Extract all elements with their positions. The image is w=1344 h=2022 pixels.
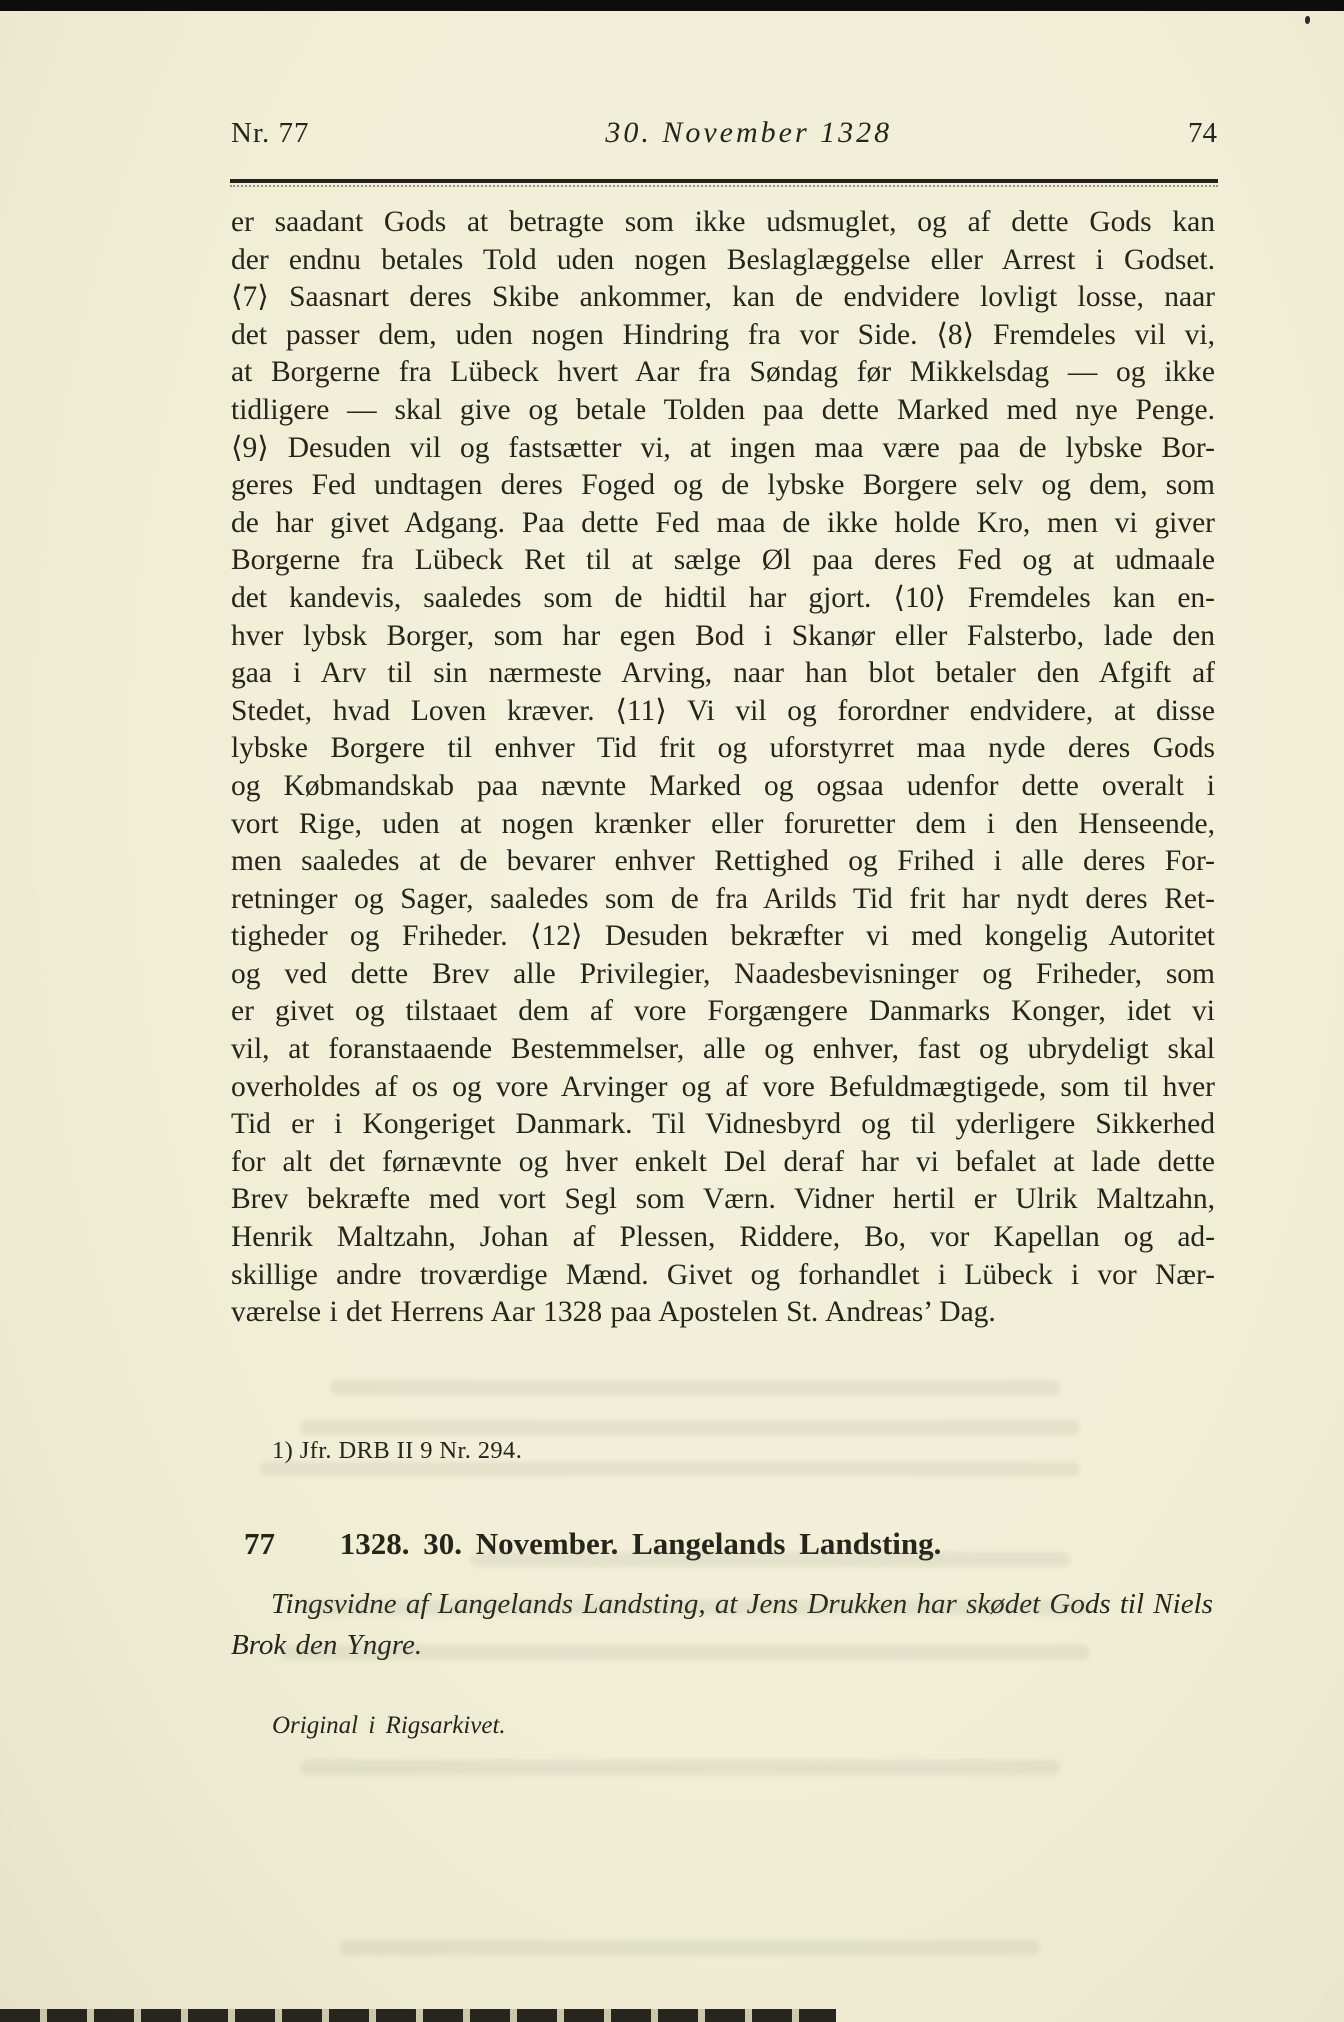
body-line: er saadant Gods at betragte som ikke uds… bbox=[231, 204, 1215, 242]
body-line: ⟨7⟩ Saasnart deres Skibe ankommer, kan d… bbox=[231, 279, 1215, 317]
body-line: der endnu betales Told uden nogen Beslag… bbox=[231, 242, 1215, 280]
body-line: tidligere — skal give og betale Tolden p… bbox=[231, 392, 1215, 430]
body-line: skillige andre troværdige Mænd. Givet og… bbox=[231, 1257, 1215, 1295]
body-line: overholdes af os og vore Arvinger og af … bbox=[231, 1069, 1215, 1107]
bleed-through-ghost bbox=[340, 1940, 1040, 1955]
body-line: Henrik Maltzahn, Johan af Plessen, Ridde… bbox=[231, 1219, 1215, 1257]
body-line: lybske Borgere til enhver Tid frit og uf… bbox=[231, 730, 1215, 768]
body-line: retninger og Sager, saaledes som de fra … bbox=[231, 881, 1215, 919]
body-line: hver lybsk Borger, som har egen Bod i Sk… bbox=[231, 618, 1215, 656]
bleed-through-ghost bbox=[300, 1420, 1080, 1435]
body-line: at Borgerne fra Lübeck hvert Aar fra Søn… bbox=[231, 354, 1215, 392]
body-line: det passer dem, uden nogen Hindring fra … bbox=[231, 317, 1215, 355]
bleed-through-ghost bbox=[330, 1380, 1060, 1395]
body-line: tigheder og Friheder. ⟨12⟩ Desuden bekræ… bbox=[231, 918, 1215, 956]
body-line: er givet og tilstaaet dem af vore Forgæn… bbox=[231, 993, 1215, 1031]
body-line: for alt det førnævnte og hver enkelt Del… bbox=[231, 1144, 1215, 1182]
running-header: Nr. 77 30. November 1328 74 bbox=[231, 116, 1217, 150]
body-line: de har givet Adgang. Paa dette Fed maa d… bbox=[231, 505, 1215, 543]
body-line: og ved dette Brev alle Privilegier, Naad… bbox=[231, 956, 1215, 994]
header-rule bbox=[230, 179, 1218, 187]
bleed-through-ghost bbox=[280, 1645, 1090, 1660]
scan-top-edge bbox=[0, 0, 1344, 11]
bleed-through-ghost bbox=[470, 1552, 1070, 1567]
entry-number: 77 bbox=[244, 1526, 275, 1562]
bleed-through-ghost bbox=[300, 1600, 1090, 1615]
body-line: Borgerne fra Lübeck Ret til at sælge Øl … bbox=[231, 542, 1215, 580]
body-line: værelse i det Herrens Aar 1328 paa Apost… bbox=[231, 1294, 1215, 1332]
bleed-through-ghost bbox=[300, 1760, 1060, 1775]
body-line: men saaledes at de bevarer enhver Rettig… bbox=[231, 843, 1215, 881]
header-page-number: 74 bbox=[1188, 116, 1217, 150]
footnote: 1) Jfr. DRB II 9 Nr. 294. bbox=[272, 1437, 522, 1465]
scanned-book-page: Nr. 77 30. November 1328 74 er saadant G… bbox=[0, 0, 1344, 2022]
body-line: Stedet, hvad Loven kræver. ⟨11⟩ Vi vil o… bbox=[231, 693, 1215, 731]
entry-source: Original i Rigsarkivet. bbox=[272, 1712, 506, 1740]
body-line: vort Rige, uden at nogen krænker eller f… bbox=[231, 806, 1215, 844]
body-line: vil, at foranstaaende Bestemmelser, alle… bbox=[231, 1031, 1215, 1069]
header-date: 30. November 1328 bbox=[310, 116, 1189, 150]
ink-fleck bbox=[1305, 16, 1310, 24]
body-line: det kandevis, saaledes som de hidtil har… bbox=[231, 580, 1215, 618]
document-body: er saadant Gods at betragte som ikke uds… bbox=[231, 204, 1215, 1332]
scan-bottom-edge bbox=[0, 2009, 836, 2022]
body-line: ⟨9⟩ Desuden vil og fastsætter vi, at ing… bbox=[231, 430, 1215, 468]
header-entry-number: Nr. 77 bbox=[231, 116, 310, 150]
body-line: og Købmandskab paa nævnte Marked og ogsa… bbox=[231, 768, 1215, 806]
body-line: Brev bekræfte med vort Segl som Værn. Vi… bbox=[231, 1181, 1215, 1219]
body-line: geres Fed undtagen deres Foged og de lyb… bbox=[231, 467, 1215, 505]
bleed-through-ghost bbox=[260, 1462, 1080, 1476]
body-line: Tid er i Kongeriget Danmark. Til Vidnesb… bbox=[231, 1106, 1215, 1144]
body-line: gaa i Arv til sin nærmeste Arving, naar … bbox=[231, 655, 1215, 693]
